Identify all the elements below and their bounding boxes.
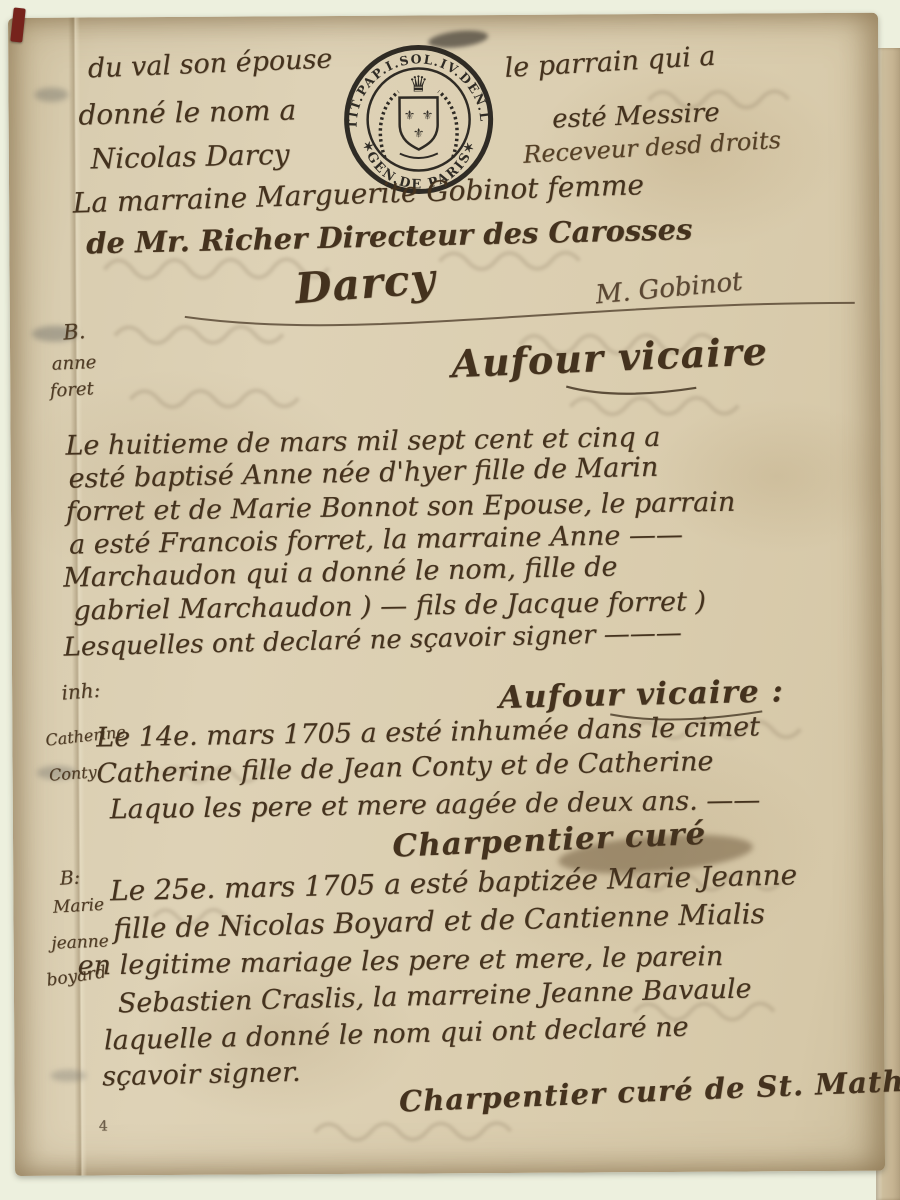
binding-smudge [50, 1070, 86, 1082]
signature-charpentier: Charpentier curé de St. Mathi [399, 1066, 900, 1116]
manuscript-line: Nicolas Darcy [90, 141, 290, 174]
manuscript-line: fille de Nicolas Boyard et de Cantienne … [113, 900, 765, 943]
margin-note: B. [62, 321, 86, 344]
manuscript-line: sçavoir signer. [102, 1059, 301, 1091]
manuscript-line: esté Messire [552, 100, 721, 133]
manuscript-line: donné le nom a [78, 96, 296, 129]
stamp-crown-icon: ♛ [408, 72, 428, 97]
stamp-laurel-left [380, 92, 399, 158]
page-number: 4 [99, 1119, 108, 1133]
manuscript-line: La marraine Marguerite Gobinot femme [72, 171, 644, 217]
signature-darcy: Darcy [294, 258, 438, 311]
manuscript-line: Le 14e. mars 1705 a esté inhumée dans le… [96, 713, 760, 751]
manuscript-line: le parrain qui a [504, 43, 716, 82]
manuscript-line: en legitime mariage les pere et mere, le… [77, 943, 723, 980]
stamp-fleur-icon: ⚜ [422, 108, 434, 123]
margin-note: inh: [61, 680, 101, 703]
stamp-laurel-right [438, 91, 457, 157]
manuscript-line: de Mr. Richer Directeur des Carosses [86, 215, 693, 258]
manuscript-line: laquelle a donné le nom qui ont declaré … [104, 1014, 689, 1055]
stamp-fleur-icon: ⚜ [404, 109, 416, 124]
margin-note: Conty [48, 764, 97, 784]
manuscript-line: Catherine fille de Jean Conty et de Cath… [96, 748, 714, 787]
manuscript-line: Sebastien Craslis, la marreine Jeanne Ba… [117, 975, 751, 1017]
margin-note: foret [49, 380, 94, 401]
binding-smudge [34, 88, 68, 102]
signature-aufour: Aufour vicaire : [499, 676, 785, 714]
manuscript-page: PETIT.PAP.I.SOL.IV.DEN.LA.F ✶GEN.DE PARI… [8, 13, 885, 1176]
signature-aufour: Aufour vicaire [451, 332, 769, 383]
manuscript-line: du val son épouse [87, 46, 333, 83]
margin-note: Marie [52, 897, 104, 917]
stamp-ribbon [400, 153, 438, 158]
margin-note: B: [59, 869, 80, 889]
signature-gobinot: M. Gobinot [594, 269, 743, 309]
scan-background: PETIT.PAP.I.SOL.IV.DEN.LA.F ✶GEN.DE PARI… [0, 0, 900, 1200]
margin-note: anne [51, 354, 96, 374]
manuscript-line: Lesquelles ont declaré ne sçavoir signer… [63, 620, 682, 661]
tax-stamp: PETIT.PAP.I.SOL.IV.DEN.LA.F ✶GEN.DE PARI… [338, 35, 499, 196]
stamp-fleur-icon: ⚜ [413, 126, 425, 141]
